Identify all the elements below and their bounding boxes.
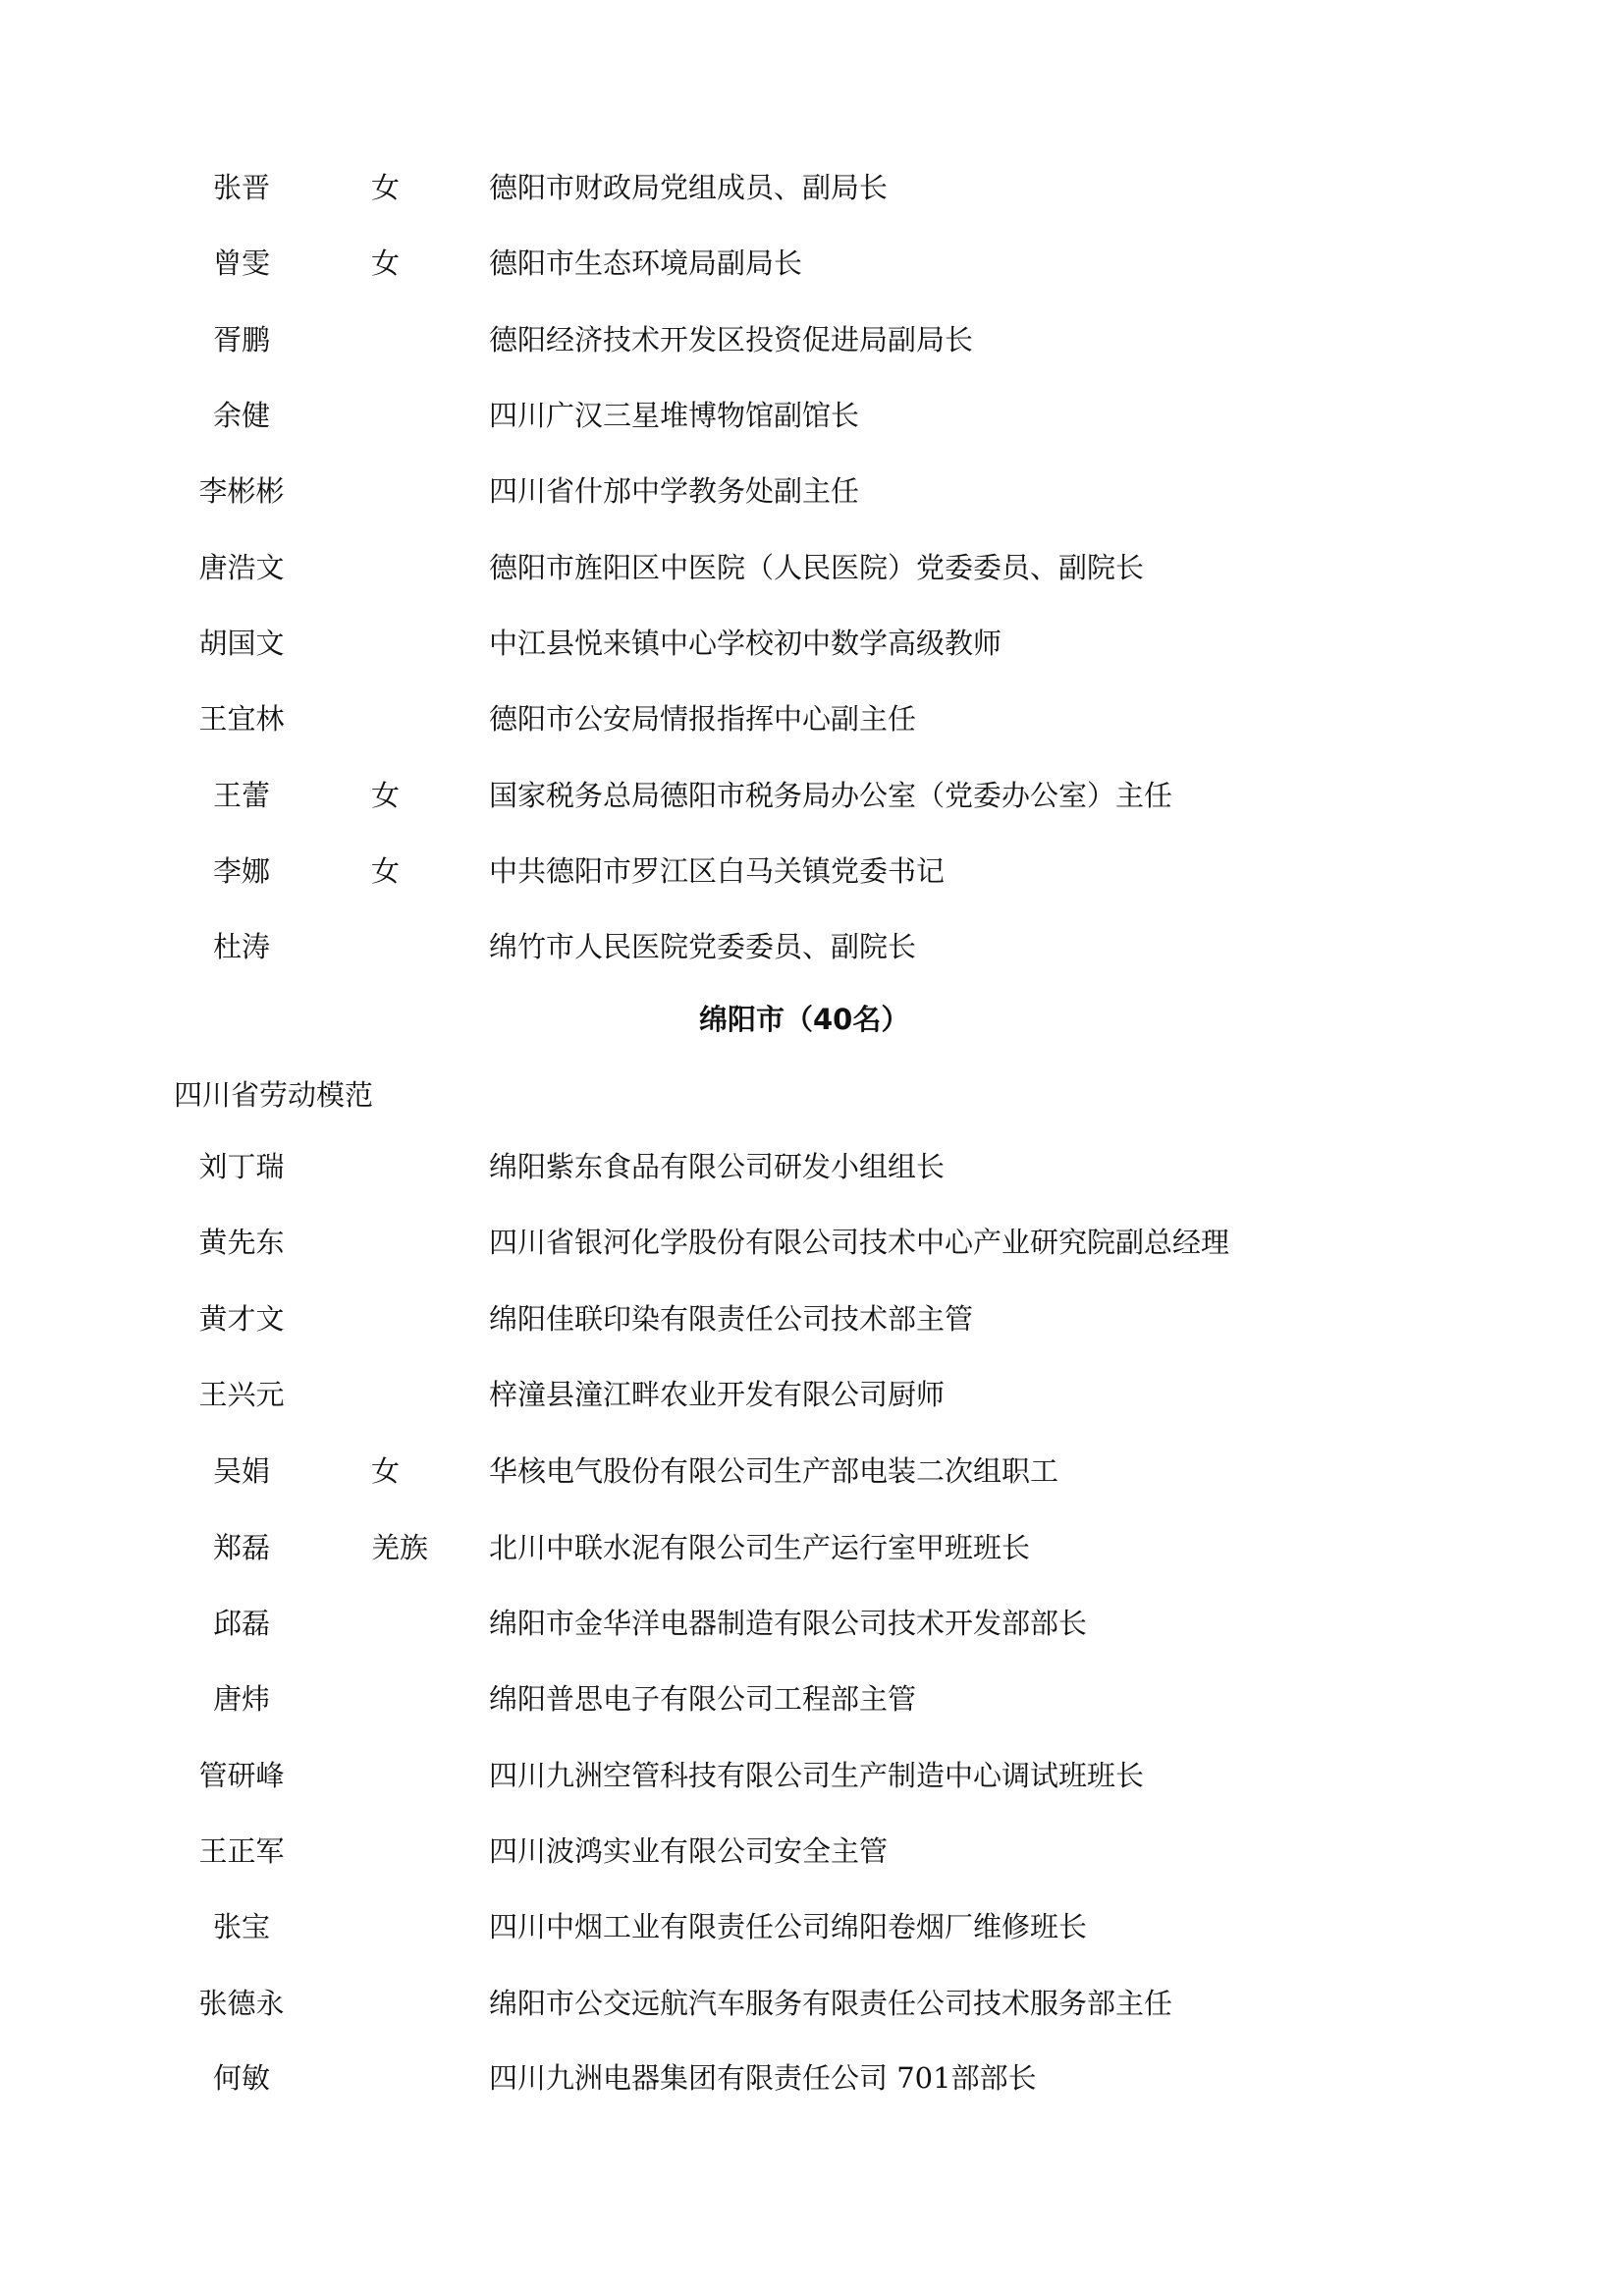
- list-item: 杜涛 绵竹市人民医院党委委员、副院长: [0, 927, 1623, 966]
- person-name: 何敏: [183, 2058, 300, 2098]
- person-name: 王兴元: [183, 1375, 300, 1414]
- person-position: 德阳市旌阳区中医院（人民医院）党委委员、副院长: [489, 548, 1144, 587]
- person-name: 唐浩文: [183, 548, 300, 587]
- person-position: 绵阳紫东食品有限公司研发小组组长: [489, 1147, 945, 1186]
- person-name: 王蕾: [183, 776, 300, 815]
- person-position: 德阳市生态环境局副局长: [489, 244, 802, 283]
- document-page: 张晋 女 德阳市财政局党组成员、副局长 曾雯 女 德阳市生态环境局副局长 胥鹏 …: [0, 0, 1623, 2296]
- person-name: 王宜林: [183, 699, 300, 738]
- list-item: 张宝 四川中烟工业有限责任公司绵阳卷烟厂维修班长: [0, 1907, 1623, 1946]
- person-position: 中共德阳市罗江区白马关镇党委书记: [489, 851, 945, 891]
- person-name: 黄先东: [183, 1223, 300, 1262]
- person-name: 李彬彬: [183, 471, 300, 511]
- person-position: 四川波鸿实业有限公司安全主管: [489, 1831, 888, 1871]
- list-item: 管研峰 四川九洲空管科技有限公司生产制造中心调试班班长: [0, 1756, 1623, 1795]
- person-position: 绵阳佳联印染有限责任公司技术部主管: [489, 1299, 973, 1339]
- person-name: 张晋: [183, 168, 300, 207]
- person-position: 德阳经济技术开发区投资促进局副局长: [489, 320, 973, 359]
- list-item: 吴娟 女 华核电气股份有限公司生产部电装二次组职工: [0, 1451, 1623, 1491]
- person-note: 女: [371, 244, 400, 283]
- person-name: 管研峰: [183, 1756, 300, 1795]
- person-position: 绵阳市金华洋电器制造有限公司技术开发部部长: [489, 1604, 1087, 1643]
- person-position: 绵阳普思电子有限公司工程部主管: [489, 1679, 916, 1719]
- list-item: 张晋 女 德阳市财政局党组成员、副局长: [0, 168, 1623, 207]
- person-name: 刘丁瑞: [183, 1147, 300, 1186]
- person-position: 德阳市公安局情报指挥中心副主任: [489, 699, 916, 738]
- person-name: 郑磊: [183, 1528, 300, 1567]
- person-name: 邱磊: [183, 1604, 300, 1643]
- person-position: 国家税务总局德阳市税务局办公室（党委办公室）主任: [489, 776, 1172, 815]
- person-name: 吴娟: [183, 1451, 300, 1491]
- list-item: 邱磊 绵阳市金华洋电器制造有限公司技术开发部部长: [0, 1604, 1623, 1643]
- list-item: 唐浩文 德阳市旌阳区中医院（人民医院）党委委员、副院长: [0, 548, 1623, 587]
- person-position: 四川九洲空管科技有限公司生产制造中心调试班班长: [489, 1756, 1144, 1795]
- person-position: 华核电气股份有限公司生产部电装二次组职工: [489, 1451, 1058, 1491]
- list-item: 何敏 四川九洲电器集团有限责任公司 701部部长: [0, 2058, 1623, 2098]
- person-position: 绵竹市人民医院党委委员、副院长: [489, 927, 916, 966]
- award-category-label: 四川省劳动模范: [174, 1075, 373, 1115]
- person-position: 北川中联水泥有限公司生产运行室甲班班长: [489, 1528, 1030, 1567]
- person-name: 胥鹏: [183, 320, 300, 359]
- person-name: 张德永: [183, 1984, 300, 2023]
- person-name: 唐炜: [183, 1679, 300, 1719]
- list-item: 王兴元 梓潼县潼江畔农业开发有限公司厨师: [0, 1375, 1623, 1414]
- person-position: 四川省什邡中学教务处副主任: [489, 471, 859, 511]
- person-position: 梓潼县潼江畔农业开发有限公司厨师: [489, 1375, 945, 1414]
- person-name: 李娜: [183, 851, 300, 891]
- person-note: 羌族: [371, 1528, 428, 1567]
- list-item: 王蕾 女 国家税务总局德阳市税务局办公室（党委办公室）主任: [0, 776, 1623, 815]
- person-position: 四川广汉三星堆博物馆副馆长: [489, 396, 859, 435]
- list-item: 王正军 四川波鸿实业有限公司安全主管: [0, 1831, 1623, 1871]
- person-position: 中江县悦来镇中心学校初中数学高级教师: [489, 624, 1001, 663]
- person-name: 黄才文: [183, 1299, 300, 1339]
- person-name: 胡国文: [183, 624, 300, 663]
- person-name: 余健: [183, 396, 300, 435]
- person-position: 四川省银河化学股份有限公司技术中心产业研究院副总经理: [489, 1223, 1229, 1262]
- list-item: 郑磊 羌族 北川中联水泥有限公司生产运行室甲班班长: [0, 1528, 1623, 1567]
- person-note: 女: [371, 776, 400, 815]
- person-note: 女: [371, 1451, 400, 1491]
- person-position: 绵阳市公交远航汽车服务有限责任公司技术服务部主任: [489, 1984, 1172, 2023]
- person-position: 四川中烟工业有限责任公司绵阳卷烟厂维修班长: [489, 1907, 1087, 1946]
- list-item: 李娜 女 中共德阳市罗江区白马关镇党委书记: [0, 851, 1623, 891]
- person-name: 张宝: [183, 1907, 300, 1946]
- list-item: 胡国文 中江县悦来镇中心学校初中数学高级教师: [0, 624, 1623, 663]
- person-position: 四川九洲电器集团有限责任公司 701部部长: [489, 2058, 1037, 2098]
- person-note: 女: [371, 168, 400, 207]
- list-item: 胥鹏 德阳经济技术开发区投资促进局副局长: [0, 320, 1623, 359]
- person-name: 王正军: [183, 1831, 300, 1871]
- list-item: 黄才文 绵阳佳联印染有限责任公司技术部主管: [0, 1299, 1623, 1339]
- person-position: 德阳市财政局党组成员、副局长: [489, 168, 888, 207]
- city-heading-text: 绵阳市（40名）: [699, 1000, 909, 1039]
- person-name: 曾雯: [183, 244, 300, 283]
- list-item: 唐炜 绵阳普思电子有限公司工程部主管: [0, 1679, 1623, 1719]
- list-item: 曾雯 女 德阳市生态环境局副局长: [0, 244, 1623, 283]
- person-name: 杜涛: [183, 927, 300, 966]
- list-item: 李彬彬 四川省什邡中学教务处副主任: [0, 471, 1623, 511]
- list-item: 张德永 绵阳市公交远航汽车服务有限责任公司技术服务部主任: [0, 1984, 1623, 2023]
- list-item: 刘丁瑞 绵阳紫东食品有限公司研发小组组长: [0, 1147, 1623, 1186]
- list-item: 王宜林 德阳市公安局情报指挥中心副主任: [0, 699, 1623, 738]
- list-item: 余健 四川广汉三星堆博物馆副馆长: [0, 396, 1623, 435]
- list-item: 黄先东 四川省银河化学股份有限公司技术中心产业研究院副总经理: [0, 1223, 1623, 1262]
- person-note: 女: [371, 851, 400, 891]
